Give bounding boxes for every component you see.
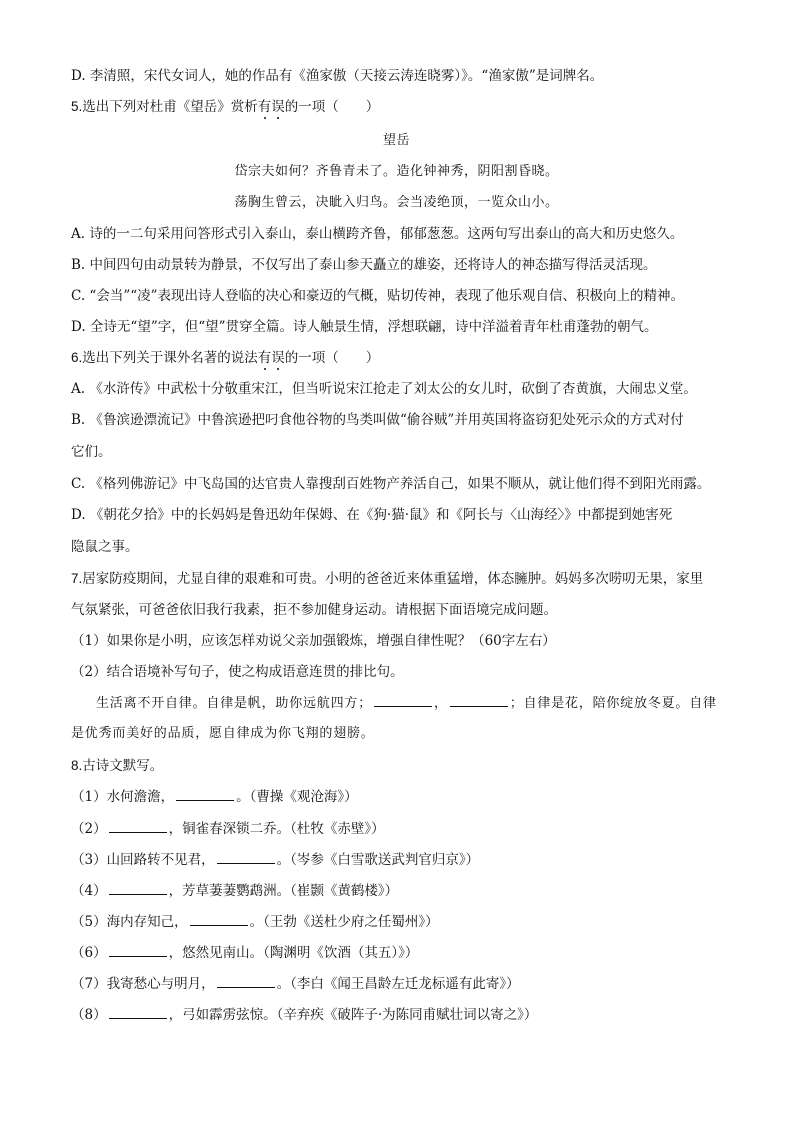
stem-text: 选出下列关于课外名著的说法 <box>82 350 258 366</box>
q4-option-d: D. 李清照，宋代女词人，她的作品有《渔家傲（天接云涛连晓雾）》。“渔家傲”是词… <box>71 67 603 85</box>
q5-option-b: B. 中间四句由动景转为静景，不仅写出了泰山参天矗立的雄姿，还将诗人的神态描写得… <box>71 256 657 274</box>
q6-option-b-cont: 它们。 <box>71 443 112 461</box>
item-text: （7）我寄愁心与明月， <box>71 976 215 992</box>
poem-line: 岱宗夫如何？齐鲁青未了。造化钟神秀，阴阳割昏晓。 <box>0 163 793 181</box>
question-number: 5. <box>71 99 82 114</box>
item-text: （4） <box>71 883 107 899</box>
passage-text: ， <box>434 696 448 711</box>
item-text: 。（李白《闻王昌龄左迁龙标遥有此寄》） <box>277 976 520 992</box>
q8-item: （5）海内存知己，。（王勃《送杜少府之任蜀州》） <box>71 913 439 931</box>
q6-stem: 6.选出下列关于课外名著的说法有误的一项（ ） <box>71 349 379 367</box>
item-text: （2） <box>71 821 107 837</box>
item-text: 。（曹操《观沧海》） <box>236 789 358 805</box>
stem-text: 居家防疫期间，尤显自律的艰难和可贵。小明的爸爸近来体重猛增，体态臃肿。妈妈多次唠… <box>82 571 703 587</box>
q6-option-d-cont: 隐鼠之事。 <box>71 538 139 556</box>
item-text: （1）水何澹澹， <box>71 789 174 805</box>
item-text: （5）海内存知己， <box>71 914 188 930</box>
item-text: ，悠然见南山。（陶渊明《饮酒（其五）》） <box>169 945 419 961</box>
q7-sub2: （2）结合语境补写句子，使之构成语意连贯的排比句。 <box>71 663 404 681</box>
q5-stem: 5.选出下列对杜甫《望岳》赏析有误的一项（ ） <box>71 98 379 116</box>
emphasis-char: 有 <box>258 99 272 115</box>
stem-text: 的一项（ ） <box>285 350 380 366</box>
item-text: （3）山回路转不见君， <box>71 852 215 868</box>
q5-option-a: A. 诗的一二句采用问答形式引入泰山，泰山横跨齐鲁，郁郁葱葱。这两句写出泰山的高… <box>71 225 683 243</box>
item-text: （6） <box>71 945 107 961</box>
q6-option-c: C. 《格列佛游记》中飞岛国的达官贵人靠搜刮百姓物产养活自己，如果不顺从，就让他… <box>71 475 710 493</box>
item-text: ，弓如霹雳弦惊。（辛弃疾《破阵子·为陈同甫赋壮词以寄之》） <box>169 1007 538 1023</box>
answer-blank[interactable] <box>190 913 248 926</box>
answer-blank[interactable] <box>217 975 275 988</box>
q8-item: （7）我寄愁心与明月，。（李白《闻王昌龄左迁龙标遥有此寄》） <box>71 975 520 993</box>
emphasis-char: 误 <box>271 99 285 115</box>
q7-passage-cont: 是优秀而美好的品质，愿自律成为你飞翔的翅膀。 <box>71 725 375 743</box>
poem-title: 望岳 <box>0 132 793 150</box>
q5-option-c: C. “会当”“凌”表现出诗人登临的决心和豪迈的气概，贴切传神，表现了他乐观自信… <box>71 287 684 305</box>
q8-stem: 8.古诗文默写。 <box>71 757 163 775</box>
answer-blank[interactable] <box>109 944 167 957</box>
stem-text: 的一项（ ） <box>285 99 380 115</box>
emphasis-char: 误 <box>271 350 285 366</box>
q8-item: （4），芳草萋萋鹦鹉洲。（崔颢《黄鹤楼》） <box>71 882 398 900</box>
answer-blank[interactable] <box>109 882 167 895</box>
item-text: （8） <box>71 1007 107 1023</box>
q7-passage: 生活离不开自律。自律是帆，助你远航四方；，；自律是花，陪你绽放冬夏。自律 <box>96 694 717 713</box>
answer-blank[interactable] <box>109 1006 167 1019</box>
answer-blank[interactable] <box>450 694 508 707</box>
item-text: ，铜雀春深锁二乔。（杜牧《赤壁》） <box>169 821 385 837</box>
stem-text: 古诗文默写。 <box>82 758 163 774</box>
item-text: ，芳草萋萋鹦鹉洲。（崔颢《黄鹤楼》） <box>169 883 399 899</box>
q5-option-d: D. 全诗无“望”字，但“望”贯穿全篇。诗人触景生情，浮想联翩，诗中洋溢着青年杜… <box>71 318 658 336</box>
q8-item: （3）山回路转不见君，。（岑参《白雪歌送武判官归京》） <box>71 851 479 869</box>
q6-option-a: A. 《水浒传》中武松十分敬重宋江，但当听说宋江抢走了刘太公的女儿时，砍倒了杏黄… <box>71 380 697 398</box>
poem-line: 荡胸生曾云，决眦入归鸟。会当凌绝顶，一览众山小。 <box>0 194 793 212</box>
passage-text: 生活离不开自律。自律是帆，助你远航四方； <box>96 696 372 711</box>
q8-item: （6），悠然见南山。（陶渊明《饮酒（其五）》） <box>71 944 418 962</box>
answer-blank[interactable] <box>374 694 432 707</box>
q8-item: （2），铜雀春深锁二乔。（杜牧《赤壁》） <box>71 820 385 838</box>
q8-item: （8），弓如霹雳弦惊。（辛弃疾《破阵子·为陈同甫赋壮词以寄之》） <box>71 1006 537 1024</box>
answer-blank[interactable] <box>217 851 275 864</box>
q7-stem: 7.居家防疫期间，尤显自律的艰难和可贵。小明的爸爸近来体重猛增，体态臃肿。妈妈多… <box>71 570 703 588</box>
item-text: 。（王勃《送杜少府之任蜀州》） <box>250 914 439 930</box>
stem-text: 选出下列对杜甫《望岳》赏析 <box>82 99 258 115</box>
question-number: 8. <box>71 758 82 773</box>
question-number: 6. <box>71 350 82 365</box>
emphasis-char: 有 <box>258 350 272 366</box>
passage-text: ；自律是花，陪你绽放冬夏。自律 <box>510 696 717 711</box>
q8-item: （1）水何澹澹，。（曹操《观沧海》） <box>71 788 358 806</box>
q7-stem-cont: 气氛紧张，可爸爸依旧我行我素，拒不参加健身运动。请根据下面语境完成问题。 <box>71 601 557 619</box>
answer-blank[interactable] <box>109 820 167 833</box>
item-text: 。（岑参《白雪歌送武判官归京》） <box>277 852 480 868</box>
q6-option-d: D. 《朝花夕拾》中的长妈妈是鲁迅幼年保姆、在《狗·猫·鼠》和《阿长与〈山海经〉… <box>71 506 672 524</box>
q6-option-b: B. 《鲁滨逊漂流记》中鲁滨逊把叼食他谷物的鸟类叫做“偷谷贼”并用英国将盗窃犯处… <box>71 411 684 429</box>
q7-sub1: （1）如果你是小明，应该怎样劝说父亲加强锻炼，增强自律性呢？（60字左右） <box>71 632 556 650</box>
question-number: 7. <box>71 571 82 586</box>
answer-blank[interactable] <box>176 788 234 801</box>
